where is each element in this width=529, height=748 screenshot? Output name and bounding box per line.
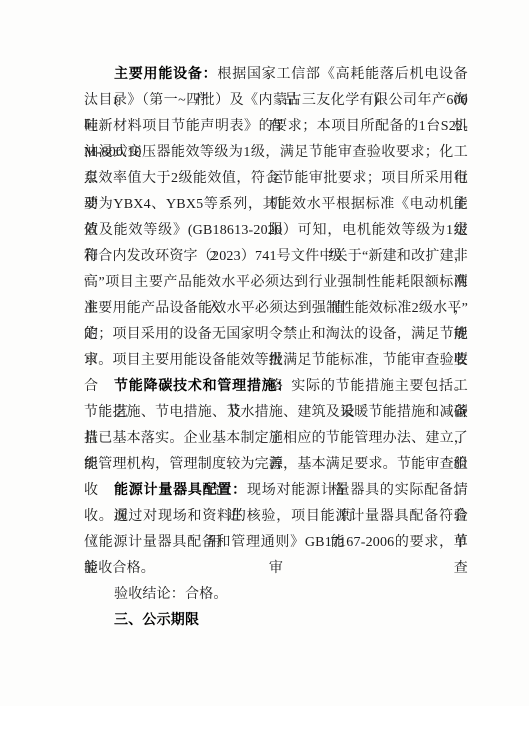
text-line: 要为YBX4、YBX5等系列，其能效水平根据标准《电动机能效限定 (84, 192, 468, 218)
bold-text-segment: 三、公示期限 (114, 613, 199, 628)
text-line: 节能措施、节电措施、节水措施、建筑及采暖节能措施和减碳措施， (84, 400, 468, 426)
text-line: 三、公示期限 (84, 608, 468, 634)
text-line: 主要用能设备：根据国家工信部《高耗能落后机电设备(产品)淘 (84, 62, 468, 88)
scanned-document-page: { "page": { "background": "#ffffff", "pa… (0, 0, 529, 748)
text-line: 织管理机构，管理制度较为完善，基本满足要求。节能审查验收合格。 (84, 452, 468, 478)
text-line: 能源计量器具配置：现场对能源计量器具的实际配备情况进行验 (84, 478, 468, 504)
text-line: 求。项目主要用能设备能效等级满足节能标准，节能审查验收合格。 (84, 348, 468, 374)
text-line: 收。通过对现场和资料的核验，项目能源计量器具配备符合《用能单 (84, 504, 468, 530)
text-line: 硅新材料项目节能声明表》的要求；本项目所配备的1台S22-M-800/10 (84, 114, 468, 140)
text-line: 主要用能产品设备能效水平必须达到强制性能效标准2级水平”的规 (84, 296, 468, 322)
text-line: 符合内发改环资字（2023）741号文件中关于“新建和改扩建非“两 (84, 244, 468, 270)
text-line: 油浸式变压器能效等级为1级，满足节能审查验收要求；化工泵运行 (84, 140, 468, 166)
text-line: 位能源计量器具配备和管理通则》GB17167-2006的要求，节能审查 (84, 530, 468, 556)
text-segment: 验收合格。 (84, 561, 155, 576)
bold-text-segment: 主要用能设备： (114, 67, 217, 82)
text-segment: 验收结论：合格。 (114, 587, 228, 602)
text-line: 点效率值大于2级能效值，符合节能审批要求；项目所采用电动机主 (84, 166, 468, 192)
text-line: 验收结论：合格。 (84, 582, 468, 608)
text-line: 汰目录》（第一~四批）及《内蒙古三友化学有限公司年产600吨有机 (84, 88, 468, 114)
document-text-block: 主要用能设备：根据国家工信部《高耗能落后机电设备(产品)淘汰目录》（第一~四批）… (84, 62, 468, 634)
text-line: 且已基本落实。企业基本制定了相应的节能管理办法、建立了能源组 (84, 426, 468, 452)
text-line: 定；项目采用的设备无国家明令禁止和淘汰的设备，满足节能审批要 (84, 322, 468, 348)
text-line: 值及能效等级》(GB18613-2020）可知，电机能效等级为1级和2级， (84, 218, 468, 244)
text-line: 高”项目主要产品能效水平必须达到行业强制性能耗限额标准准入值， (84, 270, 468, 296)
bold-text-segment: 节能降碳技术和管理措施： (114, 379, 291, 394)
bold-text-segment: 能源计量器具配置： (114, 483, 247, 498)
text-line: 节能降碳技术和管理措施：实际的节能措施主要包括工艺及设备 (84, 374, 468, 400)
